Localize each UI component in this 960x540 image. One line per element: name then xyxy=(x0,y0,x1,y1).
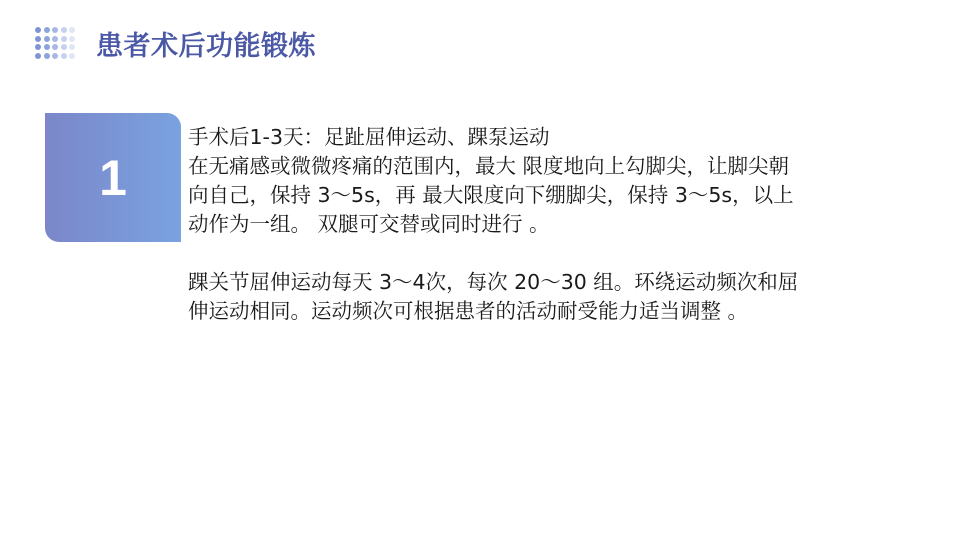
dot xyxy=(44,53,50,59)
dot xyxy=(69,36,75,42)
dot xyxy=(44,44,50,50)
dot xyxy=(52,27,58,33)
dot xyxy=(35,36,41,42)
dot xyxy=(69,53,75,59)
section-number: 1 xyxy=(99,153,127,203)
section-heading: 手术后1-3天：足趾屈伸运动、踝泵运动 xyxy=(188,123,898,152)
dot xyxy=(35,27,41,33)
paragraph-line: 动作为一组。 双腿可交替或同时进行 。 xyxy=(188,210,898,239)
dot-grid-decoration xyxy=(35,27,75,59)
dot xyxy=(69,27,75,33)
paragraph-line: 在无痛感或微微疼痛的范围内，最大 限度地向上勾脚尖，让脚尖朝 xyxy=(188,152,898,181)
dot xyxy=(44,27,50,33)
paragraph-line: 向自己，保持 3～5s，再 最大限度向下绷脚尖，保持 3～5s，以上 xyxy=(188,181,898,210)
dot xyxy=(52,53,58,59)
dot xyxy=(52,36,58,42)
section-content: 手术后1-3天：足趾屈伸运动、踝泵运动 在无痛感或微微疼痛的范围内，最大 限度地… xyxy=(188,123,898,326)
section-number-badge: 1 xyxy=(45,113,181,242)
dot xyxy=(52,44,58,50)
dot xyxy=(61,27,67,33)
dot xyxy=(61,36,67,42)
dot xyxy=(69,44,75,50)
dot xyxy=(35,44,41,50)
paragraph-line: 踝关节屈伸运动每天 3～4次，每次 20～30 组。环绕运动频次和屈 xyxy=(188,268,898,297)
page-title: 患者术后功能锻炼 xyxy=(96,29,316,65)
dot xyxy=(44,36,50,42)
paragraph-spacer xyxy=(188,239,898,268)
paragraph-line: 伸运动相同。运动频次可根据患者的活动耐受能力适当调整 。 xyxy=(188,297,898,326)
dot xyxy=(35,53,41,59)
dot xyxy=(61,53,67,59)
dot xyxy=(61,44,67,50)
